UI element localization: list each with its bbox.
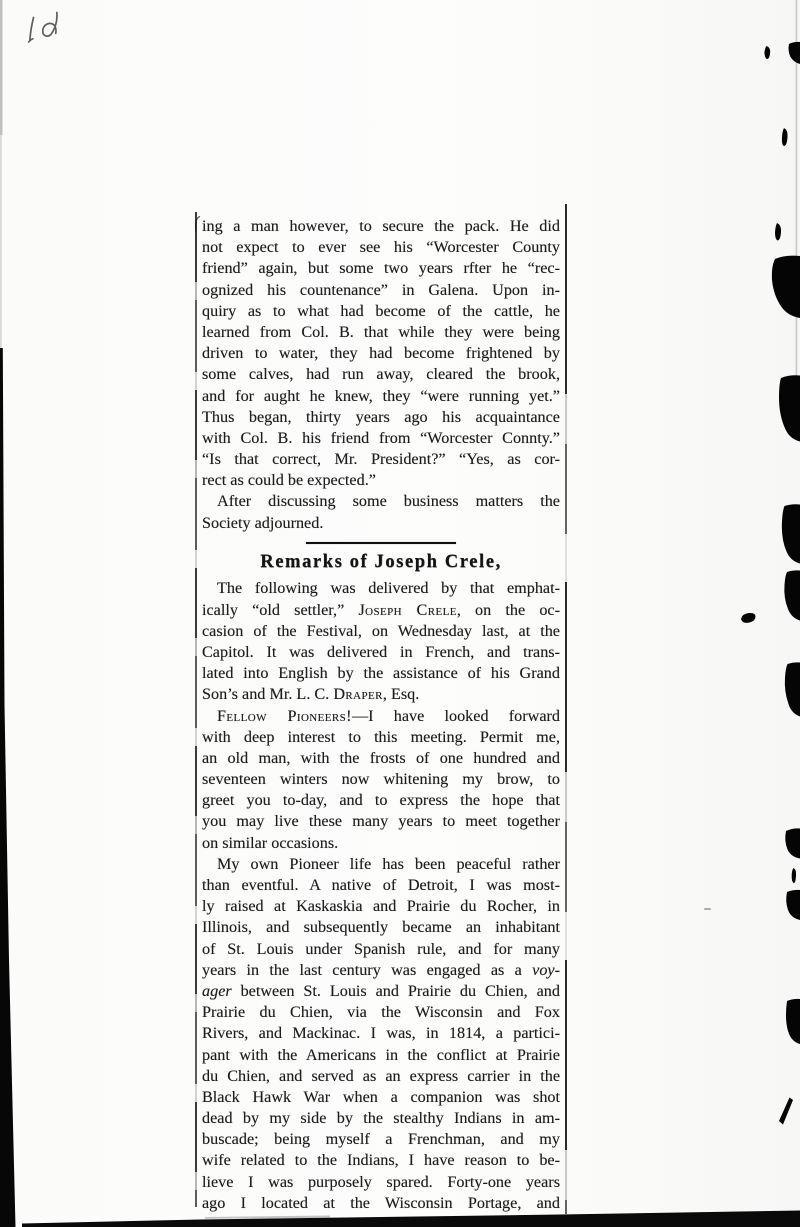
text-line: some calves, had run away, cleared the b… bbox=[202, 364, 560, 385]
text-line: The following was delivered by that emph… bbox=[202, 578, 560, 599]
ink-blot-group bbox=[704, 42, 800, 1125]
handwritten-note bbox=[29, 13, 57, 43]
text-segment: du Chien, and served as an express carri… bbox=[202, 1067, 560, 1085]
text-line: and for aught he knew, they “were runnin… bbox=[202, 386, 560, 407]
text-segment: on similar occasions. bbox=[202, 834, 338, 852]
text-segment: Society adjourned. bbox=[202, 514, 323, 532]
text-segment: Rivers, and Mackinac. I was, in 1814, a … bbox=[202, 1024, 560, 1042]
article-column: ing a man however, to secure the pack. H… bbox=[202, 216, 560, 1214]
text-segment: than eventful. A native of Detroit, I wa… bbox=[202, 876, 560, 894]
text-segment: lated into English by the assistance of … bbox=[202, 664, 560, 682]
section-divider bbox=[306, 542, 456, 545]
text-line: Black Hawk War when a companion was shot bbox=[202, 1087, 560, 1108]
ink-blot bbox=[785, 828, 800, 858]
text-segment: you may live these many years to meet to… bbox=[202, 812, 560, 830]
ink-blot bbox=[704, 908, 711, 910]
ink-blot bbox=[764, 46, 770, 59]
text-segment: seventeen winters now whitening my brow,… bbox=[202, 770, 560, 788]
text-line: ing a man however, to secure the pack. H… bbox=[202, 216, 560, 237]
text-segment: with deep interest to this meeting. Perm… bbox=[202, 728, 560, 746]
text-segment: Thus began, thirty years ago his acquain… bbox=[202, 408, 560, 426]
ink-blot bbox=[779, 375, 800, 441]
text-line: on similar occasions. bbox=[202, 833, 560, 854]
text-segment: , on the oc- bbox=[457, 601, 560, 619]
text-segment: Draper bbox=[333, 685, 383, 703]
text-segment: wife related to the Indians, I have reas… bbox=[202, 1151, 560, 1169]
text-line: ager between St. Louis and Prairie du Ch… bbox=[202, 981, 560, 1002]
text-line: Prairie du Chien, via the Wisconsin and … bbox=[202, 1002, 560, 1023]
text-line: not expect to ever see his “Worcester Co… bbox=[202, 237, 560, 258]
text-segment: ing a man however, to secure the pack. H… bbox=[202, 217, 560, 235]
text-segment: pant with the Americans in the conflict … bbox=[202, 1046, 560, 1064]
paragraph: My own Pioneer life has been peaceful ra… bbox=[202, 854, 560, 1214]
paragraph: Fellow Pioneers!—I have looked forwardwi… bbox=[202, 706, 560, 854]
ink-blot bbox=[786, 999, 800, 1044]
column-rule-left bbox=[195, 212, 197, 1207]
text-line: with deep interest to this meeting. Perm… bbox=[202, 727, 560, 748]
ink-blot bbox=[782, 128, 788, 146]
text-line: Rivers, and Mackinac. I was, in 1814, a … bbox=[202, 1023, 560, 1044]
text-segment: of St. Louis under Spanish rule, and for… bbox=[202, 940, 560, 958]
text-line: Thus began, thirty years ago his acquain… bbox=[202, 407, 560, 428]
text-segment: and for aught he knew, they “were runnin… bbox=[202, 387, 560, 405]
text-line: Son’s and Mr. L. C. Draper, Esq. bbox=[202, 684, 560, 705]
article-heading: Remarks of Joseph Crele, bbox=[202, 550, 560, 574]
text-line: an old man, with the frosts of one hundr… bbox=[202, 748, 560, 769]
text-segment: , Esq. bbox=[383, 685, 419, 703]
ink-blot bbox=[782, 504, 800, 563]
text-segment: “Is that correct, Mr. President?” “Yes, … bbox=[202, 450, 560, 468]
text-segment: ly raised at Kaskaskia and Prairie du Ro… bbox=[202, 897, 560, 915]
text-line: lieve I was purposely spared. Forty-one … bbox=[202, 1172, 560, 1193]
handwritten-digit-1 bbox=[29, 18, 34, 43]
text-line: with Col. B. his friend from “Worcester … bbox=[202, 428, 560, 449]
text-segment: dead by my side by the stealthy Indians … bbox=[202, 1109, 560, 1127]
text-line: “Is that correct, Mr. President?” “Yes, … bbox=[202, 449, 560, 470]
ink-blot bbox=[772, 256, 800, 318]
text-segment: years in the last century was engaged as… bbox=[202, 961, 532, 979]
text-line: Fellow Pioneers!—I have looked forward bbox=[202, 706, 560, 727]
text-segment: ago I located at the Wisconsin Portage, … bbox=[202, 1194, 560, 1212]
page-edge-right-streak bbox=[796, 0, 798, 430]
text-segment: ager bbox=[202, 982, 232, 1000]
scanned-page: ing a man however, to secure the pack. H… bbox=[0, 0, 800, 1227]
text-segment: between St. Louis and Prairie du Chien, … bbox=[232, 982, 560, 1000]
article-body-main: The following was delivered by that emph… bbox=[202, 578, 560, 1214]
text-line: ically “old settler,” Joseph Crele, on t… bbox=[202, 600, 560, 621]
text-line: wife related to the Indians, I have reas… bbox=[202, 1150, 560, 1171]
text-line: driven to water, they had become frighte… bbox=[202, 343, 560, 364]
text-segment: Fellow Pioneers! bbox=[217, 707, 352, 725]
text-line: seventeen winters now whitening my brow,… bbox=[202, 769, 560, 790]
text-line: lated into English by the assistance of … bbox=[202, 663, 560, 684]
text-segment: After discussing some business matters t… bbox=[217, 492, 560, 510]
ink-blot bbox=[786, 890, 800, 920]
text-segment: not expect to ever see his “Worcester Co… bbox=[202, 238, 560, 256]
text-segment: casion of the Festival, on Wednesday las… bbox=[202, 622, 560, 640]
text-segment: The following was delivered by that emph… bbox=[217, 579, 560, 597]
page-edge-left-wedge bbox=[0, 348, 16, 1227]
article-body-top: ing a man however, to secure the pack. H… bbox=[202, 216, 560, 534]
text-line: dead by my side by the stealthy Indians … bbox=[202, 1108, 560, 1129]
text-segment: friend” again, but some two years rfter … bbox=[202, 259, 560, 277]
text-line: After discussing some business matters t… bbox=[202, 491, 560, 512]
text-line: years in the last century was engaged as… bbox=[202, 960, 560, 981]
text-segment: ognized his countenance” in Galena. Upon… bbox=[202, 281, 560, 299]
text-segment: Prairie du Chien, via the Wisconsin and … bbox=[202, 1003, 560, 1021]
ink-blot bbox=[784, 570, 800, 620]
ink-blot bbox=[775, 223, 781, 241]
ink-blot bbox=[789, 42, 800, 64]
paragraph: After discussing some business matters t… bbox=[202, 491, 560, 533]
text-line: Illinois, and subsequently became an inh… bbox=[202, 917, 560, 938]
text-line: quiry as to what had become of the cattl… bbox=[202, 301, 560, 322]
ink-blot bbox=[741, 613, 756, 623]
text-segment: learned from Col. B. that while they wer… bbox=[202, 323, 560, 341]
text-segment: Capitol. It was delivered in French, and… bbox=[202, 643, 560, 661]
handwritten-digit-0 bbox=[43, 13, 57, 37]
ink-blot bbox=[779, 1098, 793, 1125]
text-segment: voy- bbox=[532, 961, 560, 979]
page-edge-left-mid bbox=[0, 135, 2, 350]
text-segment: My own Pioneer life has been peaceful ra… bbox=[217, 855, 560, 873]
text-segment: Son’s and Mr. L. C. bbox=[202, 685, 333, 703]
text-line: du Chien, and served as an express carri… bbox=[202, 1066, 560, 1087]
text-segment: ically “old settler,” bbox=[202, 601, 358, 619]
text-line: casion of the Festival, on Wednesday las… bbox=[202, 621, 560, 642]
ink-blot bbox=[785, 662, 800, 716]
paragraph: The following was delivered by that emph… bbox=[202, 578, 560, 705]
text-segment: some calves, had run away, cleared the b… bbox=[202, 365, 560, 383]
text-segment: quiry as to what had become of the cattl… bbox=[202, 302, 560, 320]
text-line: friend” again, but some two years rfter … bbox=[202, 258, 560, 279]
text-segment: an old man, with the frosts of one hundr… bbox=[202, 749, 560, 767]
text-line: My own Pioneer life has been peaceful ra… bbox=[202, 854, 560, 875]
text-line: learned from Col. B. that while they wer… bbox=[202, 322, 560, 343]
text-segment: driven to water, they had become frighte… bbox=[202, 344, 560, 362]
text-segment: Joseph Crele bbox=[358, 601, 456, 619]
text-line: ly raised at Kaskaskia and Prairie du Ro… bbox=[202, 896, 560, 917]
ink-blot bbox=[792, 868, 796, 883]
page-edge-bottom-smudge bbox=[205, 1216, 330, 1219]
text-segment: rect as could be expected.” bbox=[202, 471, 376, 489]
text-segment: with Col. B. his friend from “Worcester … bbox=[202, 429, 560, 447]
text-line: of St. Louis under Spanish rule, and for… bbox=[202, 939, 560, 960]
text-segment: Illinois, and subsequently became an inh… bbox=[202, 918, 560, 936]
text-line: Capitol. It was delivered in French, and… bbox=[202, 642, 560, 663]
column-rule-right bbox=[565, 204, 567, 1214]
text-segment: —I have looked forward bbox=[352, 707, 560, 725]
page-edge-left-top bbox=[0, 0, 3, 135]
text-line: pant with the Americans in the conflict … bbox=[202, 1045, 560, 1066]
text-line: buscade; being myself a Frenchman, and m… bbox=[202, 1129, 560, 1150]
text-line: greet you to-day, and to express the hop… bbox=[202, 790, 560, 811]
text-segment: Black Hawk War when a companion was shot bbox=[202, 1088, 560, 1106]
text-line: than eventful. A native of Detroit, I wa… bbox=[202, 875, 560, 896]
text-segment: greet you to-day, and to express the hop… bbox=[202, 791, 560, 809]
text-segment: lieve I was purposely spared. Forty-one … bbox=[202, 1173, 560, 1191]
text-line: ognized his countenance” in Galena. Upon… bbox=[202, 280, 560, 301]
text-line: ago I located at the Wisconsin Portage, … bbox=[202, 1193, 560, 1214]
paragraph: ing a man however, to secure the pack. H… bbox=[202, 216, 560, 491]
text-line: you may live these many years to meet to… bbox=[202, 811, 560, 832]
text-line: rect as could be expected.” bbox=[202, 470, 560, 491]
text-segment: buscade; being myself a Frenchman, and m… bbox=[202, 1130, 560, 1148]
text-line: Society adjourned. bbox=[202, 513, 560, 534]
